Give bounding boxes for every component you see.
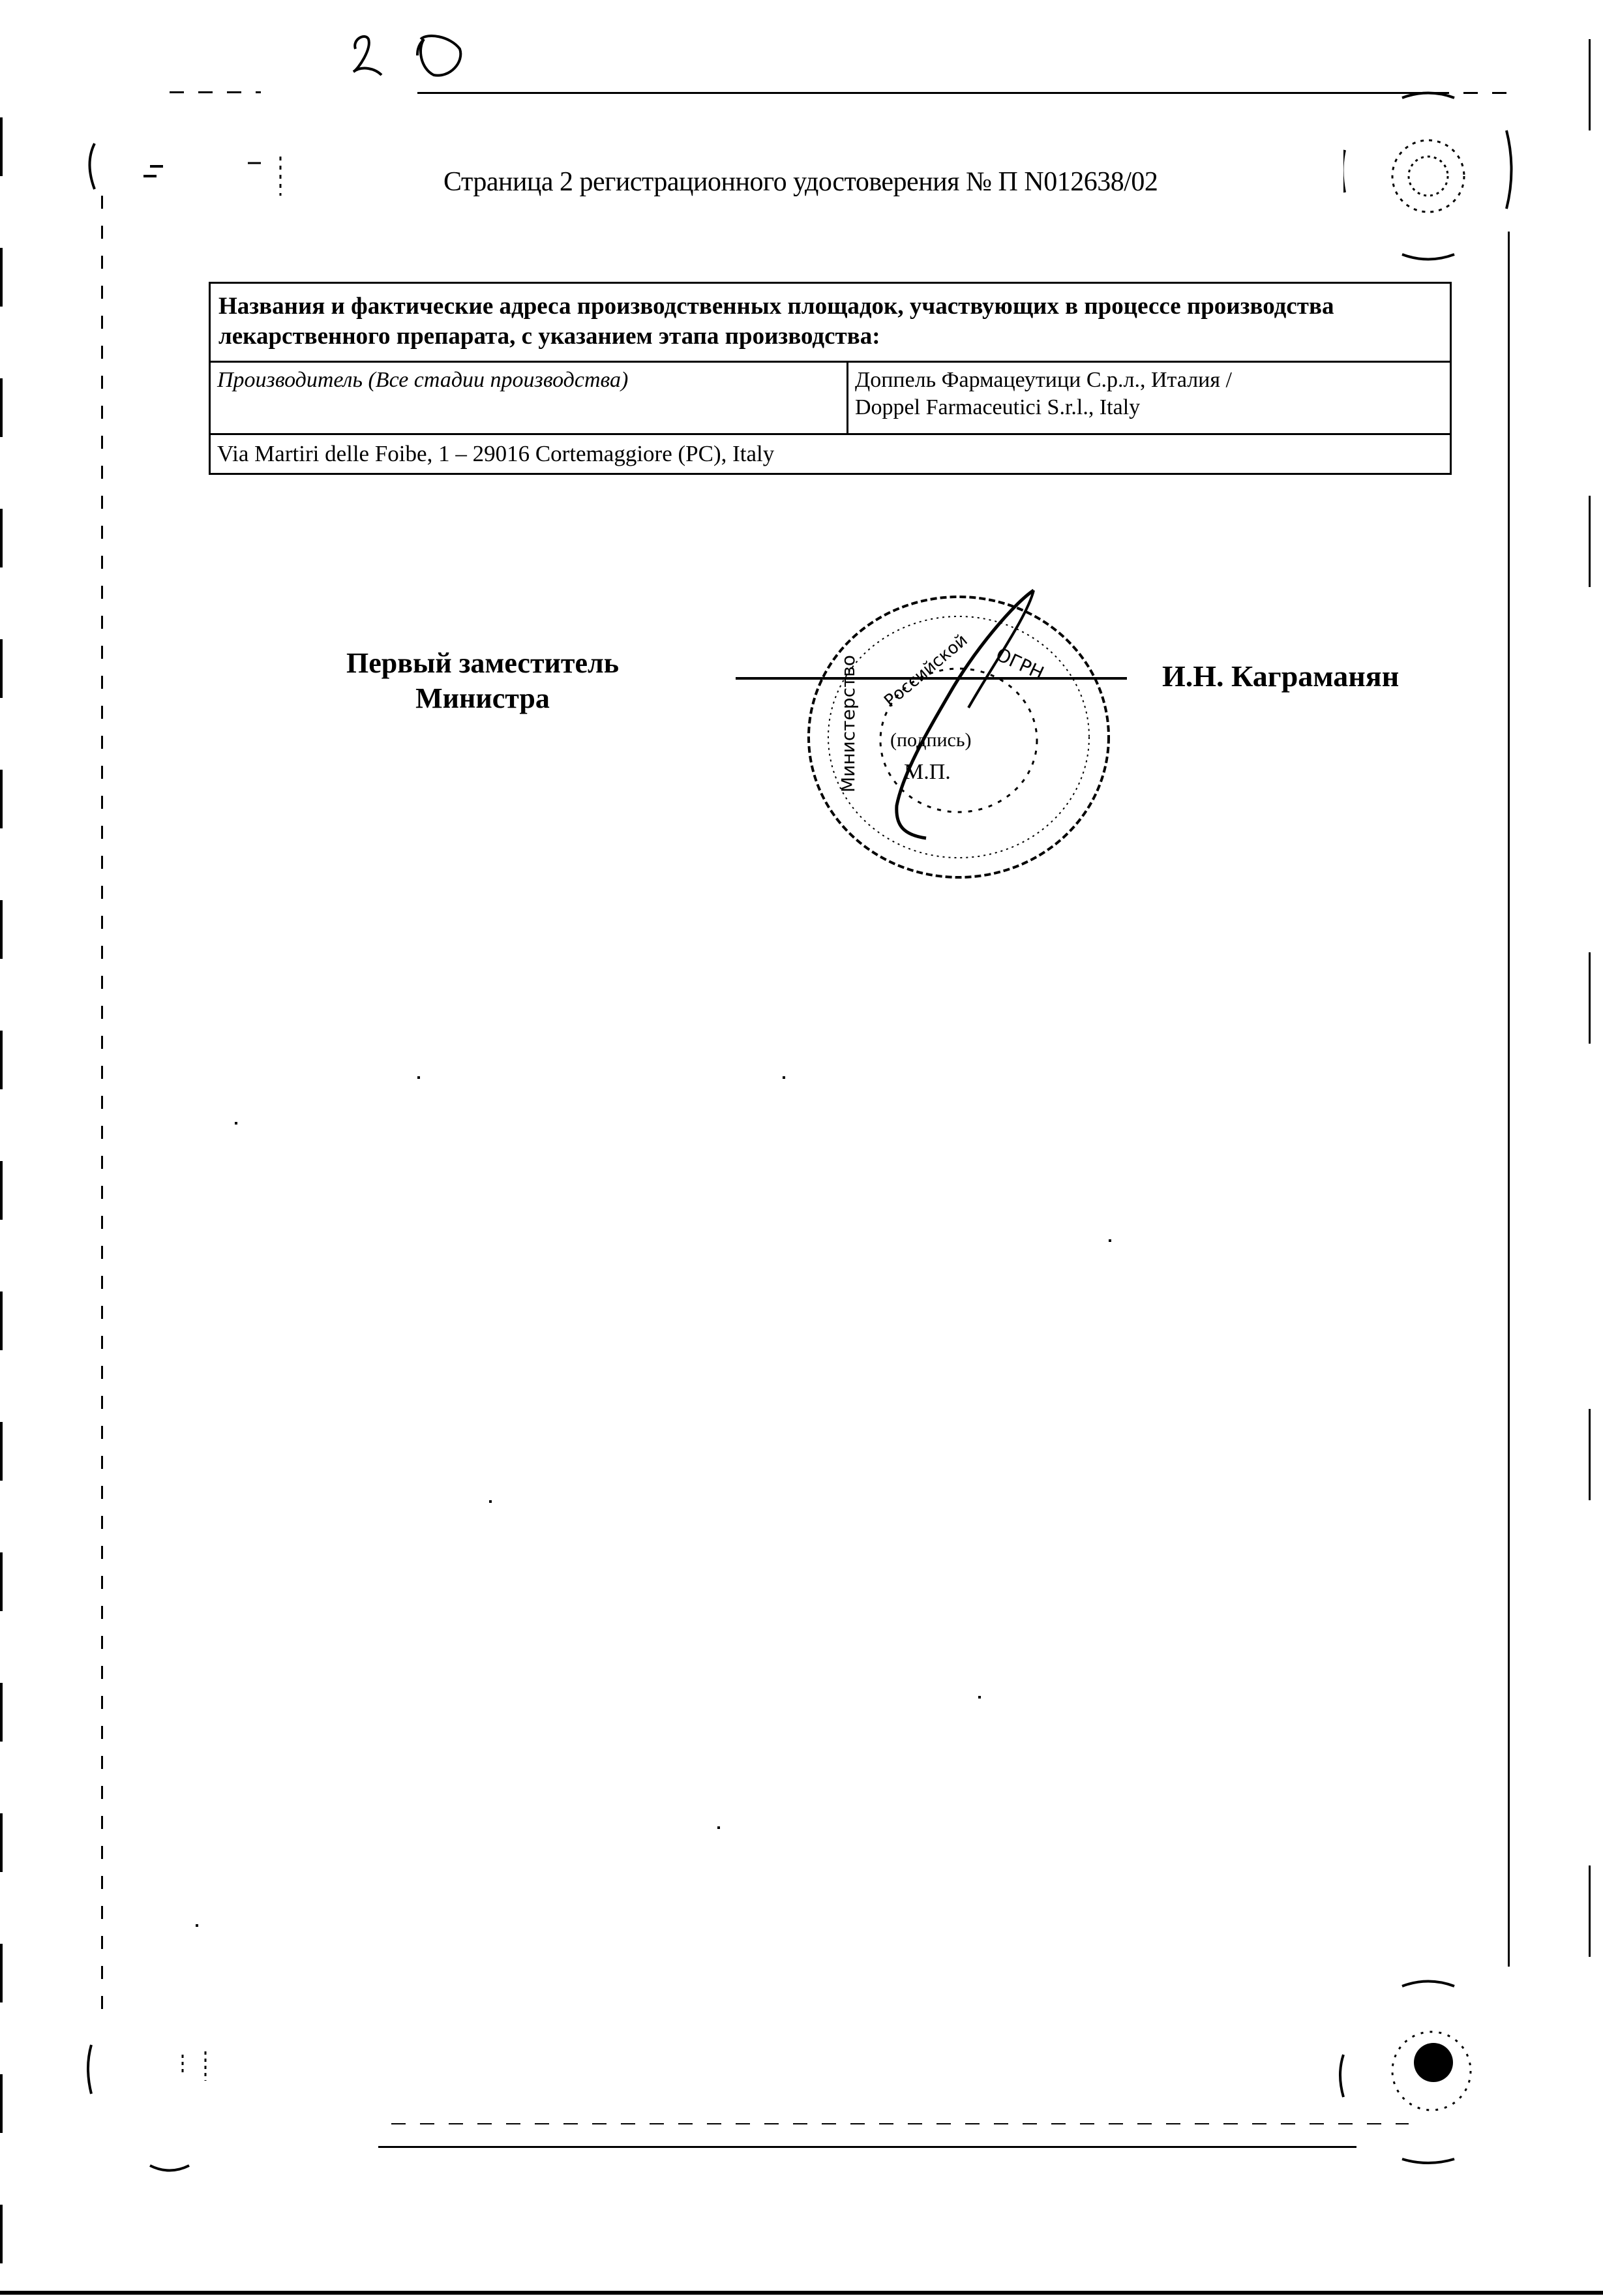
left-edge-bar [0, 117, 3, 2270]
bottom-edge-bar [0, 2291, 1603, 2295]
signer-name: И.Н. Каграманян [1162, 659, 1399, 693]
scan-noise [1109, 1239, 1111, 1242]
handwritten-page-number [352, 23, 496, 82]
manufacturer-name: Доппель Фармацеутици С.р.л., Италия / Do… [848, 363, 1450, 433]
signer-position: Первый заместитель Министра [339, 646, 626, 716]
manufacturer-role: Производитель (Все стадии производства) [211, 363, 848, 433]
bottom-frame-line [378, 2146, 1356, 2148]
svg-text:Министерство: Министерство [837, 655, 859, 793]
scan-noise [196, 1924, 198, 1927]
scan-noise [978, 1696, 981, 1699]
production-sites-table: Названия и фактические адреса производст… [209, 282, 1452, 475]
right-margin-line [1508, 232, 1510, 1967]
corner-ornament-top-left [85, 137, 333, 228]
signer-position-line2: Министра [339, 681, 626, 716]
signer-position-line1: Первый заместитель [339, 646, 626, 681]
page-header: Страница 2 регистрационного удостоверени… [443, 166, 1158, 198]
signature-label: (подпись) [890, 729, 972, 751]
table-heading: Названия и фактические адреса производст… [211, 284, 1450, 361]
corner-ornament-top-right [1343, 78, 1513, 274]
scan-noise [417, 1076, 420, 1079]
manufacturer-name-en: Doppel Farmaceutici S.r.l., Italy [855, 394, 1443, 421]
table-address-row: Via Martiri delle Foibe, 1 – 29016 Corte… [211, 435, 1450, 473]
signature-line [736, 677, 1127, 680]
punch-hole-icon [1414, 2043, 1453, 2082]
scan-noise [717, 1826, 720, 1829]
manufacturer-address: Via Martiri delle Foibe, 1 – 29016 Corte… [211, 435, 1450, 473]
top-frame-line [417, 92, 1435, 94]
top-frame-dashed-left [170, 91, 261, 93]
svg-text:Российской: Российской [880, 631, 971, 712]
table-heading-row: Названия и фактические адреса производст… [211, 284, 1450, 363]
seal-label: М.П. [904, 760, 951, 785]
right-edge-bar [1589, 39, 1591, 2192]
left-margin-dashes [101, 196, 103, 2022]
scan-noise [235, 1122, 237, 1125]
table-row: Производитель (Все стадии производства) … [211, 363, 1450, 435]
corner-ornament-bottom-left [85, 2035, 280, 2179]
scan-noise [489, 1500, 492, 1503]
manufacturer-name-ru: Доппель Фармацеутици С.р.л., Италия / [855, 367, 1443, 394]
bottom-frame-dashed [391, 2123, 1409, 2124]
scan-noise [783, 1076, 785, 1079]
